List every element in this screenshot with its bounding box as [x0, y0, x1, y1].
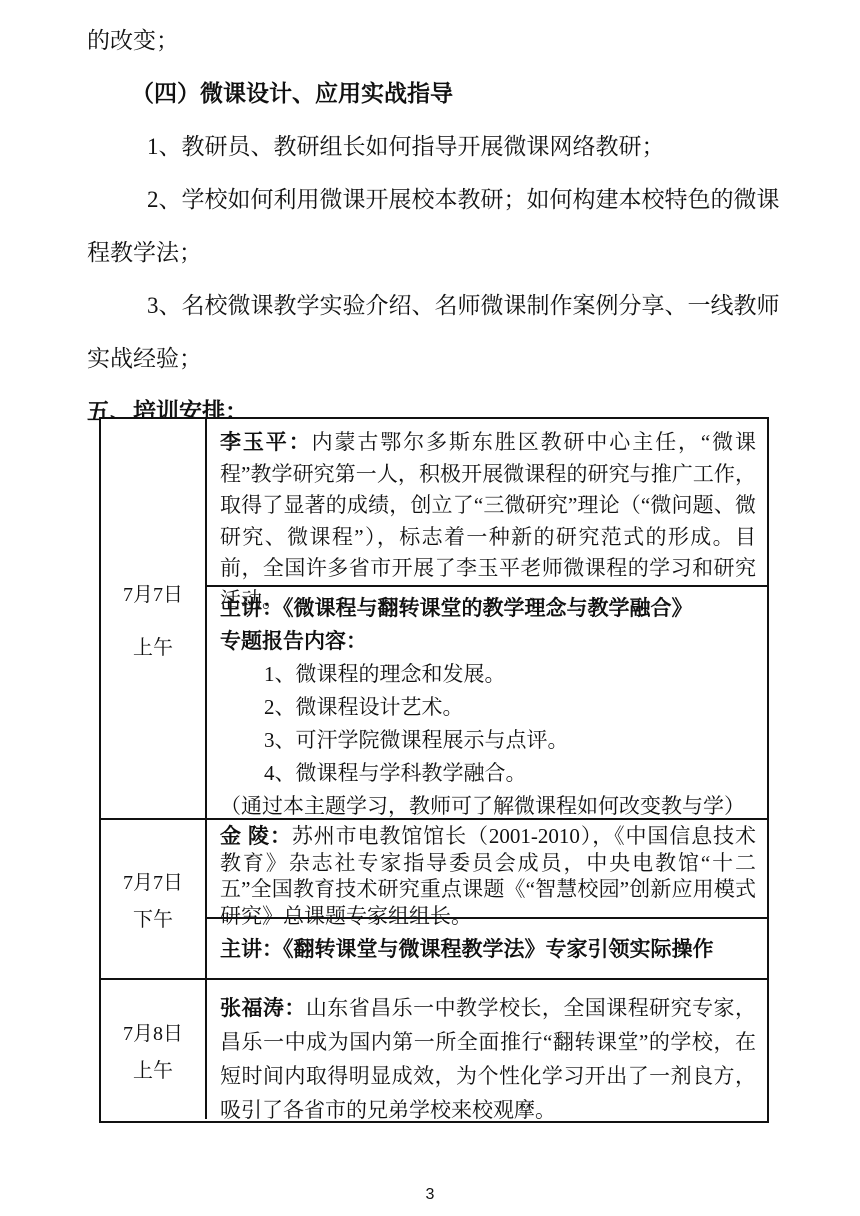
speaker-bio-section: 金 陵：苏州市电教馆馆长（2001-2010），《中国信息技术教育》杂志社专家指…	[207, 820, 767, 919]
lecture-section: 主讲：《翻转课堂与微课程教学法》专家引领实际操作	[207, 919, 767, 978]
date-cell: 7月7日 上午	[101, 419, 207, 818]
agenda-item: 3、可汗学院微课程展示与点评。	[220, 724, 756, 757]
speaker-bio-text: 苏州市电教馆馆长（2001-2010），《中国信息技术教育》杂志社专家指导委员会…	[220, 824, 756, 928]
agenda-item: 1、微课程的理念和发展。	[220, 658, 756, 691]
lecture-section: 主讲：《微课程与翻转课堂的教学理念与教学融合》 专题报告内容： 1、微课程的理念…	[207, 587, 767, 823]
date-line: 7月7日	[123, 866, 183, 895]
session-cell: 金 陵：苏州市电教馆馆长（2001-2010），《中国信息技术教育》杂志社专家指…	[207, 820, 767, 978]
speaker-bio: 张福涛：山东省昌乐一中教学校长，全国课程研究专家，昌乐一中成为国内第一所全面推行…	[220, 991, 756, 1127]
session-cell: 李玉平：内蒙古鄂尔多斯东胜区教研中心主任，“微课程”教学研究第一人，积极开展微课…	[207, 419, 767, 818]
section-heading-four: （四）微课设计、应用实战指导	[87, 81, 779, 106]
speaker-name: 李玉平：	[220, 430, 312, 454]
lecture-title: 主讲：《微课程与翻转课堂的教学理念与教学融合》	[220, 592, 756, 625]
paragraph-continuation: 的改变；	[87, 28, 779, 53]
intro-text-block: 的改变； （四）微课设计、应用实战指导 1、教研员、教研组长如何指导开展微课网络…	[87, 28, 779, 452]
speaker-name: 张福涛：	[220, 996, 306, 1020]
agenda-note: （通过本主题学习，教师可了解微课程如何改变教与学）	[220, 790, 756, 823]
date-line: 7月7日	[123, 578, 183, 607]
table-row-jul7-pm: 7月7日 下午 金 陵：苏州市电教馆馆长（2001-2010），《中国信息技术教…	[101, 818, 767, 978]
agenda-item: 2、微课程设计艺术。	[220, 691, 756, 724]
date-line: 7月8日	[123, 1017, 183, 1046]
speaker-bio-section: 李玉平：内蒙古鄂尔多斯东胜区教研中心主任，“微课程”教学研究第一人，积极开展微课…	[207, 419, 767, 587]
date-line: 下午	[133, 903, 173, 932]
table-row-jul7-am: 7月7日 上午 李玉平：内蒙古鄂尔多斯东胜区教研中心主任，“微课程”教学研究第一…	[101, 419, 767, 818]
list-item-3: 3、名校微课教学实验介绍、名师微课制作案例分享、一线教师	[87, 293, 779, 318]
agenda-heading: 专题报告内容：	[220, 625, 756, 658]
list-item-3-continuation: 实战经验；	[87, 346, 779, 371]
list-item-1: 1、教研员、教研组长如何指导开展微课网络教研；	[87, 134, 779, 159]
training-schedule-table: 7月7日 上午 李玉平：内蒙古鄂尔多斯东胜区教研中心主任，“微课程”教学研究第一…	[99, 417, 769, 1123]
date-cell: 7月7日 下午	[101, 820, 207, 978]
date-cell: 7月8日 上午	[101, 980, 207, 1119]
speaker-bio-section: 张福涛：山东省昌乐一中教学校长，全国课程研究专家，昌乐一中成为国内第一所全面推行…	[207, 980, 767, 1119]
list-item-2-continuation: 程教学法；	[87, 240, 779, 265]
agenda-item: 4、微课程与学科教学融合。	[220, 757, 756, 790]
date-line: 上午	[133, 1054, 173, 1083]
page-number: 3	[0, 1186, 860, 1204]
speaker-name: 金 陵：	[220, 824, 292, 848]
lecture-title: 主讲：《翻转课堂与微课程教学法》专家引领实际操作	[220, 936, 714, 962]
date-line: 上午	[133, 631, 173, 660]
table-row-jul8-am: 7月8日 上午 张福涛：山东省昌乐一中教学校长，全国课程研究专家，昌乐一中成为国…	[101, 978, 767, 1119]
session-cell: 张福涛：山东省昌乐一中教学校长，全国课程研究专家，昌乐一中成为国内第一所全面推行…	[207, 980, 767, 1119]
speaker-bio-text: 内蒙古鄂尔多斯东胜区教研中心主任，“微课程”教学研究第一人，积极开展微课程的研究…	[220, 430, 756, 612]
speaker-bio: 金 陵：苏州市电教馆馆长（2001-2010），《中国信息技术教育》杂志社专家指…	[220, 823, 756, 929]
list-item-2: 2、学校如何利用微课开展校本教研；如何构建本校特色的微课	[87, 187, 779, 212]
